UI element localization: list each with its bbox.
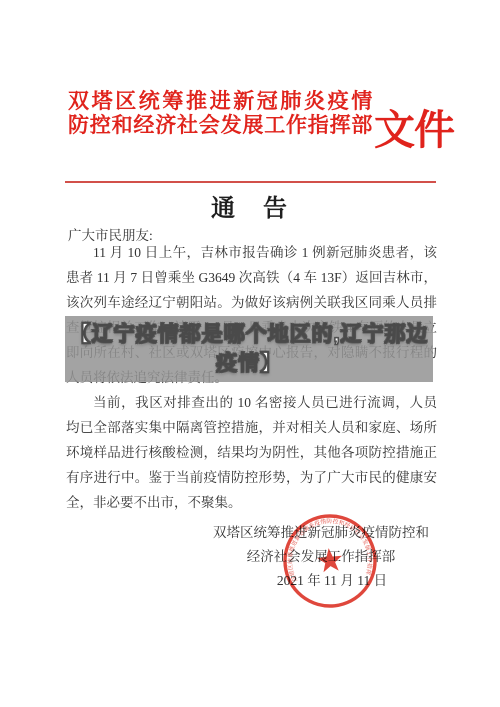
- document-page: 双塔区统筹推进新冠肺炎疫情 防控和经济社会发展工作指挥部 文件 通 告 广大市民…: [0, 0, 500, 707]
- seal-star-icon: [316, 547, 343, 573]
- notice-title: 通 告: [0, 188, 500, 223]
- official-seal-stamp: 双塔区统筹推进新冠肺炎疫情防控和经济社会发展工作指挥部: [270, 501, 391, 622]
- body-paragraph-2: 当前，我区对排查出的 10 名密接人员已进行流调，人员均已全部落实集中隔离管控措…: [66, 390, 437, 515]
- watermark-text-line1: 【辽宁疫情都是哪个地区的,辽宁那边: [70, 320, 429, 349]
- letterhead-issuer-line2: 防控和经济社会发展工作指挥部: [68, 113, 375, 137]
- watermark-text-line2: 疫情】: [216, 349, 282, 378]
- doc-type-label: 文件: [374, 97, 454, 156]
- letterhead-issuer-line1: 双塔区统筹推进新冠肺炎疫情: [68, 89, 375, 113]
- watermark-overlay: 【辽宁疫情都是哪个地区的,辽宁那边 疫情】: [65, 316, 433, 382]
- letterhead-divider: [65, 181, 436, 183]
- letterhead: 双塔区统筹推进新冠肺炎疫情 防控和经济社会发展工作指挥部: [68, 89, 375, 137]
